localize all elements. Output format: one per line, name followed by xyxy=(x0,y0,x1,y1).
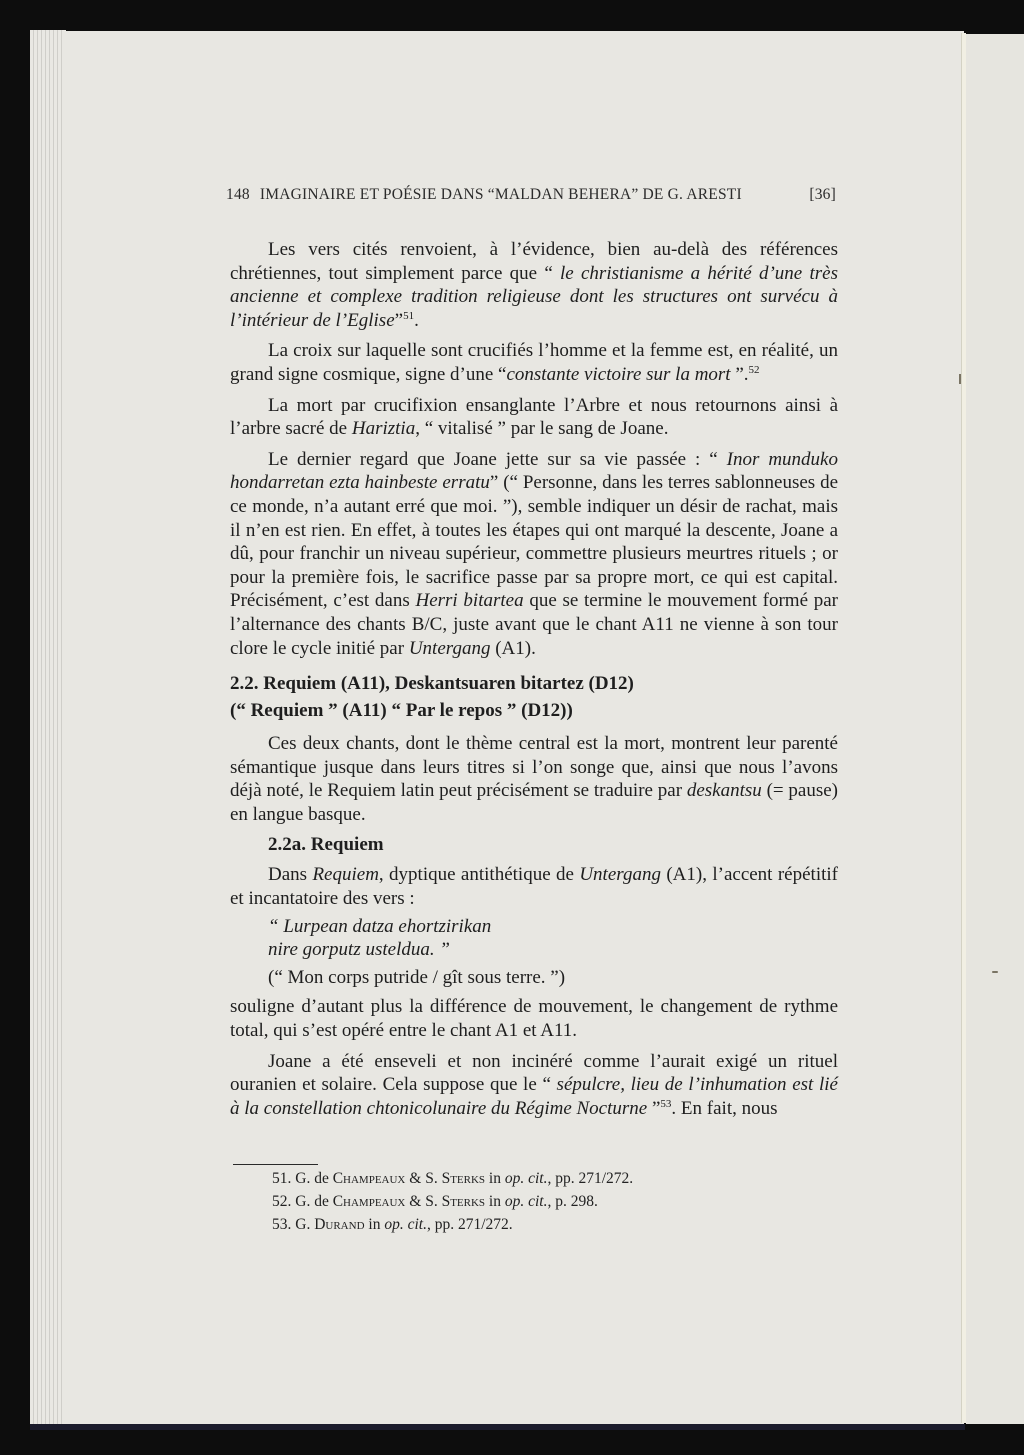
page-bottom-shadow xyxy=(30,1424,965,1430)
italic-term: Hariztia xyxy=(352,418,415,439)
quotation: constante victoire sur la mort xyxy=(506,364,730,385)
paragraph: Les vers cités renvoient, à l’évidence, … xyxy=(230,238,838,332)
paragraph: souligne d’autant plus la différence de … xyxy=(230,995,838,1042)
page-edge-stack xyxy=(30,30,66,1425)
body-text: Les vers cités renvoient, à l’évidence, … xyxy=(230,238,838,1127)
italic-term: Requiem xyxy=(312,864,378,885)
margin-mark xyxy=(959,374,961,384)
verse-line: “ Lurpean datza ehortzirikan xyxy=(268,915,838,939)
verse-quote: “ Lurpean datza ehortzirikan nire gorput… xyxy=(268,915,838,962)
chapter-ref: [36] xyxy=(809,186,836,204)
section-heading: 2.2. Requiem (A11), Deskantsuaren bitart… xyxy=(230,670,838,697)
running-head: 148 IMAGINAIRE ET POÉSIE DANS “MALDAN BE… xyxy=(226,186,836,204)
subsection-heading: 2.2a. Requiem xyxy=(268,833,838,857)
paragraph: La croix sur laquelle sont crucifiés l’h… xyxy=(230,339,838,386)
page-number: 148 xyxy=(226,186,250,204)
italic-term: Herri bitartea xyxy=(415,590,523,611)
footnote-52: 52. G. de Champeaux & S. Sterks in op. c… xyxy=(272,1190,832,1213)
footnote-ref[interactable]: 53 xyxy=(660,1098,671,1110)
footnotes: 51. G. de Champeaux & S. Sterks in op. c… xyxy=(272,1167,832,1236)
italic-term: deskantsu xyxy=(687,780,762,801)
paragraph: Joane a été enseveli et non incinéré com… xyxy=(230,1050,838,1121)
section-subheading: (“ Requiem ” (A11) “ Par le repos ” (D12… xyxy=(230,697,838,724)
footnote-53: 53. G. Durand in op. cit., pp. 271/272. xyxy=(272,1213,832,1236)
facing-page-edge xyxy=(966,34,1024,1424)
italic-term: Untergang xyxy=(409,638,491,659)
running-head-title: IMAGINAIRE ET POÉSIE DANS “MALDAN BEHERA… xyxy=(260,186,810,204)
footnote-51: 51. G. de Champeaux & S. Sterks in op. c… xyxy=(272,1167,832,1190)
footnote-ref[interactable]: 51 xyxy=(403,310,414,322)
paragraph: Dans Requiem, dyptique antithétique de U… xyxy=(230,863,838,910)
paragraph: Le dernier regard que Joane jette sur sa… xyxy=(230,448,838,660)
italic-term: Untergang xyxy=(579,864,661,885)
paragraph: La mort par crucifixion ensanglante l’Ar… xyxy=(230,394,838,441)
margin-mark xyxy=(992,971,998,973)
footnote-rule xyxy=(233,1164,318,1165)
verse-line: nire gorputz usteldua. ” xyxy=(268,938,838,962)
verse-translation: (“ Mon corps putride / gît sous terre. ”… xyxy=(268,966,838,990)
paragraph: Ces deux chants, dont le thème central e… xyxy=(230,732,838,826)
footnote-ref[interactable]: 52 xyxy=(749,364,760,376)
